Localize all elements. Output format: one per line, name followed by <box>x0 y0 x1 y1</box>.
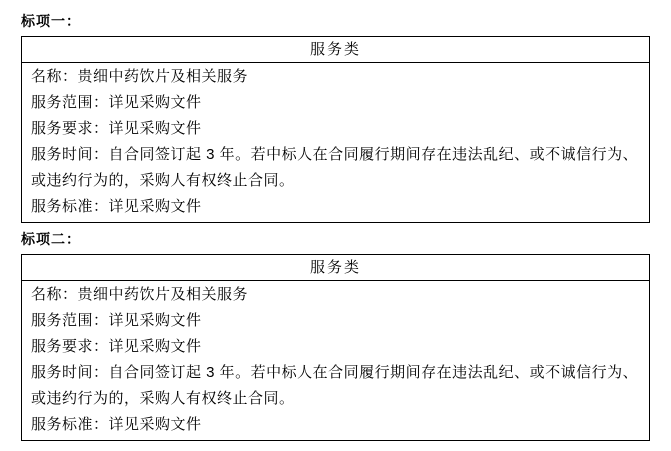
table-row-service-standard: 服务标准：详见采购文件 <box>31 412 640 438</box>
table-row-service-requirements: 服务要求：详见采购文件 <box>31 334 640 360</box>
service-table: 服务类 名称：贵细中药饮片及相关服务 服务范围：详见采购文件 服务要求：详见采购… <box>21 36 650 223</box>
bid-item-section-1: 标项一： 服务类 名称：贵细中药饮片及相关服务 服务范围：详见采购文件 服务要求… <box>21 13 650 223</box>
table-row-name: 名称：贵细中药饮片及相关服务 <box>31 64 640 90</box>
table-header-service-category: 服务类 <box>22 37 649 63</box>
table-row-service-standard: 服务标准：详见采购文件 <box>31 194 640 220</box>
document-page: 标项一： 服务类 名称：贵细中药饮片及相关服务 服务范围：详见采购文件 服务要求… <box>0 0 671 451</box>
table-row-name: 名称：贵细中药饮片及相关服务 <box>31 282 640 308</box>
section-title: 标项二： <box>21 231 650 248</box>
table-row-service-requirements: 服务要求：详见采购文件 <box>31 116 640 142</box>
table-body: 名称：贵细中药饮片及相关服务 服务范围：详见采购文件 服务要求：详见采购文件 服… <box>22 63 649 222</box>
table-header-service-category: 服务类 <box>22 255 649 281</box>
table-body: 名称：贵细中药饮片及相关服务 服务范围：详见采购文件 服务要求：详见采购文件 服… <box>22 281 649 440</box>
section-title: 标项一： <box>21 13 650 30</box>
service-table: 服务类 名称：贵细中药饮片及相关服务 服务范围：详见采购文件 服务要求：详见采购… <box>21 254 650 441</box>
table-row-service-scope: 服务范围：详见采购文件 <box>31 308 640 334</box>
bid-item-section-2: 标项二： 服务类 名称：贵细中药饮片及相关服务 服务范围：详见采购文件 服务要求… <box>21 231 650 441</box>
table-row-service-time: 服务时间：自合同签订起 3 年。若中标人在合同履行期间存在违法乱纪、或不诚信行为… <box>31 360 640 412</box>
table-row-service-scope: 服务范围：详见采购文件 <box>31 90 640 116</box>
table-row-service-time: 服务时间：自合同签订起 3 年。若中标人在合同履行期间存在违法乱纪、或不诚信行为… <box>31 142 640 194</box>
